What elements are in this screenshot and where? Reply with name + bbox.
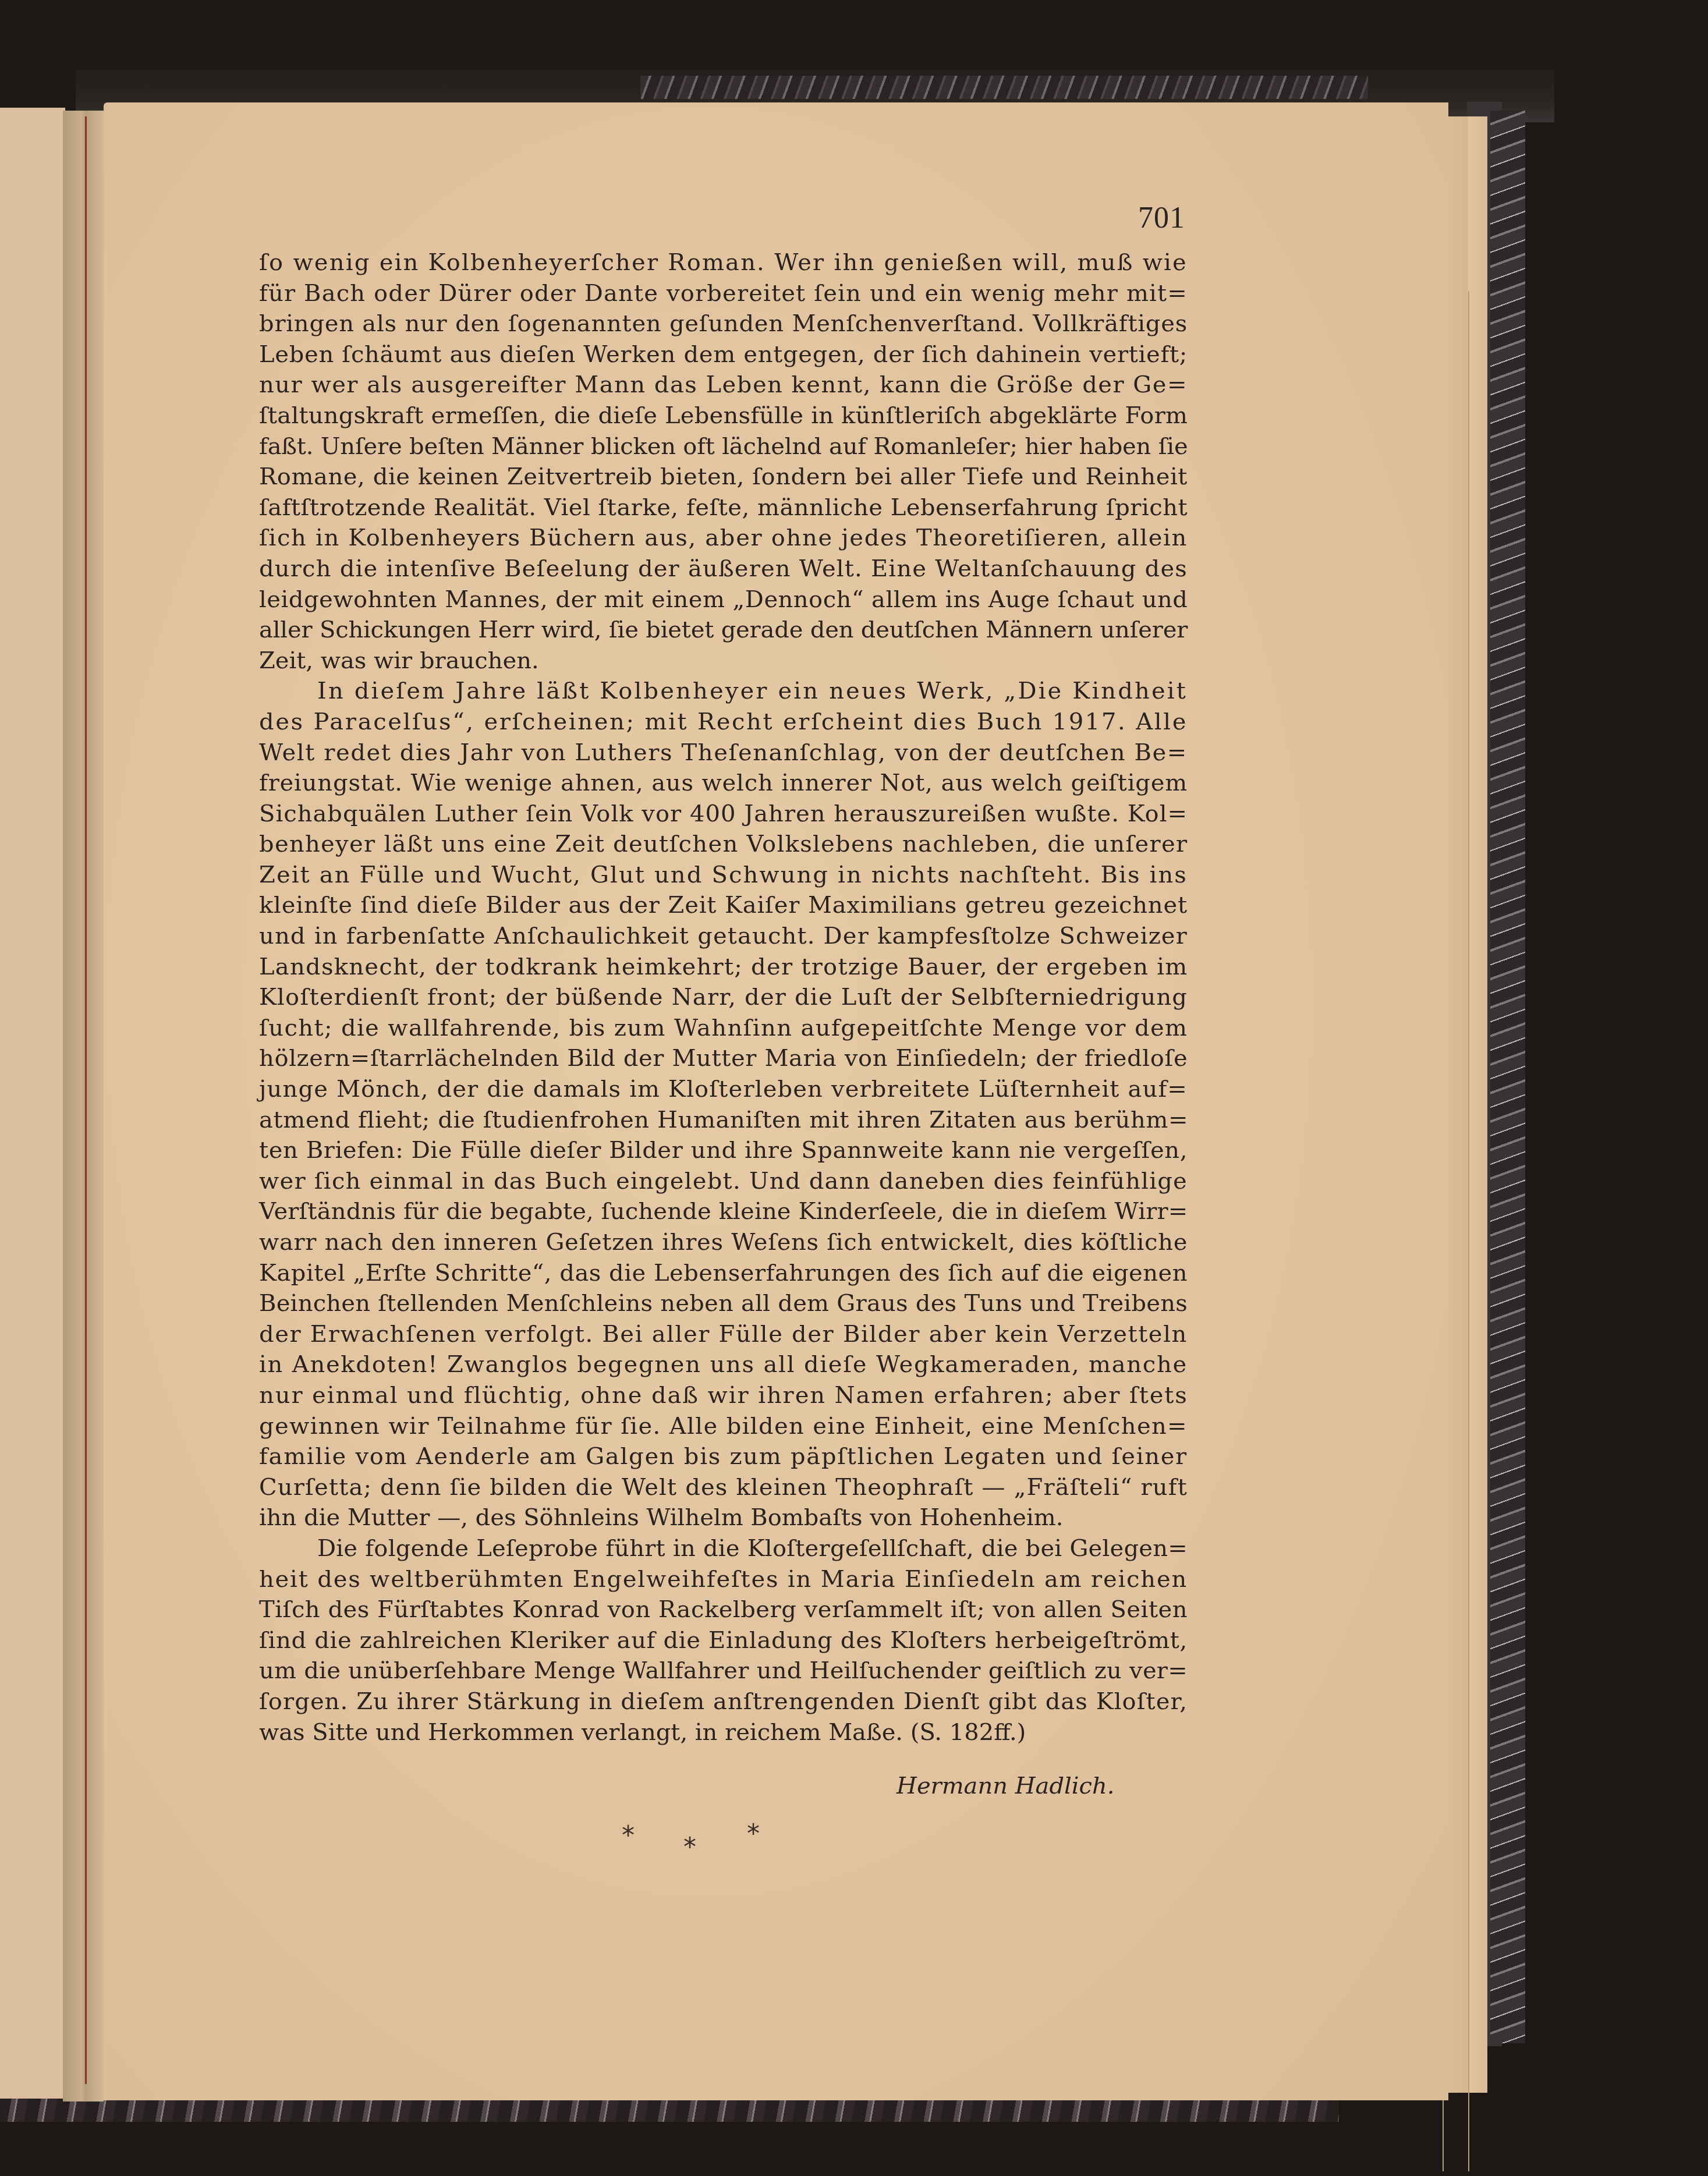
text-line: ihn die Mutter —, des Söhnleins Wilhelm … bbox=[259, 1502, 1188, 1533]
text-line: Zeit an Fülle und Wucht, Glut und Schwun… bbox=[259, 860, 1188, 891]
separator-asterisk-icon: * bbox=[683, 1833, 696, 1862]
text-line: kleinſte ſind dieſe Bilder aus der Zeit … bbox=[259, 890, 1188, 921]
text-line: in Anekdoten! Zwanglos begegnen uns all … bbox=[259, 1349, 1188, 1380]
text-line: Beinchen ſtellenden Menſchleins neben al… bbox=[259, 1288, 1188, 1319]
text-line: Leben ſchäumt aus dieſen Werken dem entg… bbox=[259, 339, 1188, 370]
separator-asterisk-icon: * bbox=[747, 1819, 760, 1849]
text-line: gewinnen wir Teilnahme für ſie. Alle bil… bbox=[259, 1411, 1188, 1442]
text-line: familie vom Aenderle am Galgen bis zum p… bbox=[259, 1441, 1188, 1472]
text-line: Romane, die keinen Zeitvertreib bieten, … bbox=[259, 462, 1188, 492]
page-number: 701 bbox=[1138, 201, 1185, 235]
text-line: benheyer läßt uns eine Zeit deutſchen Vo… bbox=[259, 829, 1188, 860]
text-line: ſich in Kolbenheyers Büchern aus, aber o… bbox=[259, 523, 1188, 554]
marbled-endpaper-top bbox=[640, 76, 1368, 99]
text-line: Welt redet dies Jahr von Luthers Theſena… bbox=[259, 738, 1188, 768]
text-line: ſo wenig ein Kolbenheyerſcher Roman. Wer… bbox=[259, 247, 1188, 278]
text-line: Landsknecht, der todkrank heimkehrt; der… bbox=[259, 952, 1188, 983]
text-line: faßt. Unſere beſten Männer blicken oft l… bbox=[259, 431, 1188, 462]
text-line: Zeit, was wir brauchen. bbox=[259, 646, 1188, 676]
text-line: Curſetta; denn ſie bilden die Welt des k… bbox=[259, 1472, 1188, 1503]
text-line: Die folgende Leſeprobe führt in die Kloſ… bbox=[259, 1533, 1188, 1564]
text-line: des Paracelſus“, erſcheinen; mit Recht e… bbox=[259, 707, 1188, 738]
text-line: durch die intenſive Beſeelung der äußere… bbox=[259, 554, 1188, 584]
marbled-cover-edge-right bbox=[1490, 111, 1525, 2043]
text-line: nur wer als ausgereifter Mann das Leben … bbox=[259, 370, 1188, 401]
book-gutter-shadow bbox=[63, 111, 104, 2101]
paragraph: ſo wenig ein Kolbenheyerſcher Roman. Wer… bbox=[259, 247, 1188, 676]
text-line: ſaftſtrotzende Realität. Viel ſtarke, fe… bbox=[259, 492, 1188, 523]
text-line: wer ſich einmal in das Buch eingelebt. U… bbox=[259, 1166, 1188, 1197]
text-line: leidgewohnten Mannes, der mit einem „Den… bbox=[259, 584, 1188, 615]
text-line: Verſtändnis für die begabte, ſuchende kl… bbox=[259, 1196, 1188, 1227]
text-line: der Erwachſenen verfolgt. Bei aller Füll… bbox=[259, 1319, 1188, 1350]
text-line: um die unüberſehbare Menge Wallfahrer un… bbox=[259, 1656, 1188, 1686]
text-line: ſucht; die wallfahrende, bis zum Wahnſin… bbox=[259, 1013, 1188, 1044]
text-line: ſorgen. Zu ihrer Stärkung in dieſem anſt… bbox=[259, 1686, 1188, 1717]
text-line: ten Briefen: Die Fülle dieſer Bilder und… bbox=[259, 1135, 1188, 1166]
text-line: Sichabquälen Luther ſein Volk vor 400 Ja… bbox=[259, 799, 1188, 830]
text-line: aller Schickungen Herr wird, ſie bietet … bbox=[259, 615, 1188, 646]
text-line: Kloſterdienſt front; der büßende Narr, d… bbox=[259, 982, 1188, 1013]
text-line: bringen als nur den ſogenannten geſunden… bbox=[259, 309, 1188, 339]
text-line: junge Mönch, der die damals im Kloſterle… bbox=[259, 1074, 1188, 1105]
body-text: ſo wenig ein Kolbenheyerſcher Roman. Wer… bbox=[259, 247, 1188, 1748]
paragraph: Die folgende Leſeprobe führt in die Kloſ… bbox=[259, 1533, 1188, 1748]
text-line: In dieſem Jahre läßt Kolbenheyer ein neu… bbox=[259, 676, 1188, 707]
author-signature: Hermann Hadlich. bbox=[896, 1773, 1115, 1799]
text-line: ſind die zahlreichen Kleriker auf die Ei… bbox=[259, 1625, 1188, 1656]
text-line: nur einmal und flüchtig, ohne daß wir ih… bbox=[259, 1380, 1188, 1411]
page-edge-line bbox=[1468, 291, 1469, 2171]
text-line: warr nach den inneren Geſetzen ihres Weſ… bbox=[259, 1227, 1188, 1258]
text-line: hölzern=ſtarrlächelnden Bild der Mutter … bbox=[259, 1043, 1188, 1074]
text-line: Tiſch des Fürſtabtes Konrad von Rackelbe… bbox=[259, 1594, 1188, 1625]
left-page-sliver bbox=[0, 108, 65, 2099]
text-line: ſtaltungskraft ermeſſen, die dieſe Leben… bbox=[259, 401, 1188, 431]
text-line: und in farbenſatte Anſchaulichkeit getau… bbox=[259, 921, 1188, 952]
paragraph: In dieſem Jahre läßt Kolbenheyer ein neu… bbox=[259, 676, 1188, 1533]
text-line: heit des weltberühmten Engelweihfeſtes i… bbox=[259, 1564, 1188, 1595]
text-line: was Sitte und Herkommen verlangt, in rei… bbox=[259, 1717, 1188, 1748]
text-line: für Bach oder Dürer oder Dante vorbereit… bbox=[259, 278, 1188, 309]
text-line: atmend flieht; die ſtudienfrohen Humaniſ… bbox=[259, 1105, 1188, 1136]
text-line: Kapitel „Erſte Schritte“, das die Lebens… bbox=[259, 1258, 1188, 1289]
separator-asterisk-icon: * bbox=[622, 1821, 635, 1851]
binding-thread bbox=[85, 116, 87, 2084]
text-line: freiungstat. Wie wenige ahnen, aus welch… bbox=[259, 768, 1188, 799]
